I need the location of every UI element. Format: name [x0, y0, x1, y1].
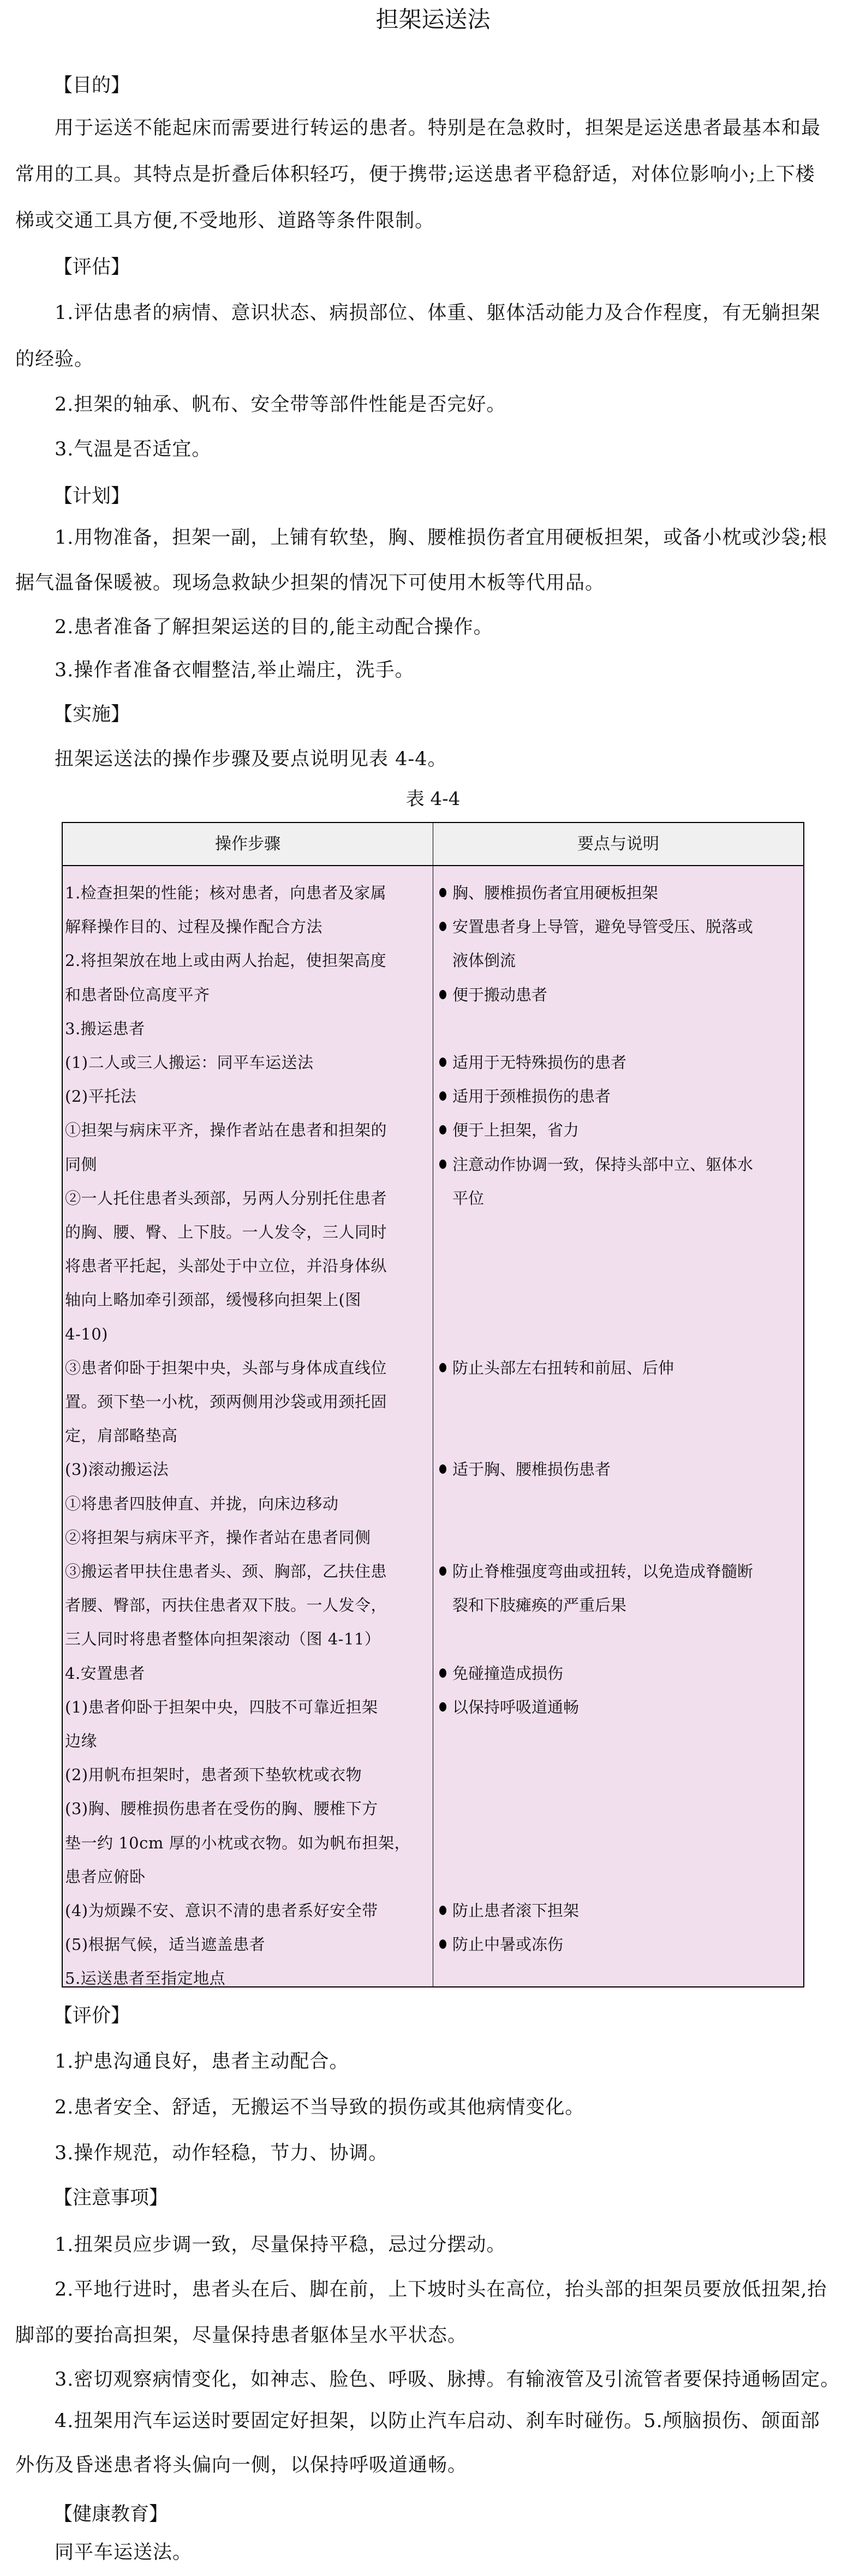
step-line: 1.检查担架的性能；核对患者，向患者及家属	[65, 876, 386, 910]
point-line: 防止脊椎强度弯曲或扭转，以免造成脊髓断	[452, 1554, 753, 1588]
plan-item-3: 3.操作者准备衣帽整洁,举止端庄，洗手。	[15, 647, 850, 693]
point-line: 便于上担架，省力	[452, 1113, 579, 1147]
step-line: (2)用帆布担架时，患者颈下垫软枕或衣物	[65, 1758, 362, 1792]
bullet-icon	[439, 888, 446, 897]
bullet-icon	[439, 1058, 446, 1067]
point-line: 注意动作协调一致，保持头部中立、躯体水	[452, 1148, 753, 1181]
step-line: 5.运送患者至指定地点	[65, 1961, 225, 1995]
section-heading-health-education: 【健康教育】	[53, 2498, 168, 2531]
step-line: (2)平托法	[65, 1079, 136, 1113]
notes-item-2-line-1: 2.平地行进时，患者头在后、脚在前，上下坡时头在高位，抬头部的担架员要放低扭架,…	[15, 2267, 850, 2313]
section-heading-implementation: 【实施】	[53, 698, 130, 731]
section-heading-evaluation: 【评价】	[53, 1999, 130, 2032]
section-heading-purpose: 【目的】	[53, 69, 130, 102]
evaluation-item-3: 3.操作规范，动作轻稳，节力、协调。	[15, 2130, 850, 2176]
step-line: ③搬运者甲扶住患者头、颈、胸部，乙扶住患	[65, 1554, 387, 1588]
step-line: 三人同时将患者整体向担架滚动（图 4-11）	[65, 1622, 380, 1656]
plan-item-1-line-2: 据气温备保暖被。现场急救缺少担架的情况下可使用木板等代用品。	[15, 560, 850, 606]
bullet-icon	[439, 1668, 446, 1678]
point-line: 便于搬动患者	[452, 978, 547, 1012]
evaluation-item-2: 2.患者安全、舒适，无搬运不当导致的损伤或其他病情变化。	[15, 2085, 850, 2130]
bullet-icon	[439, 1906, 446, 1915]
section-heading-notes: 【注意事项】	[53, 2182, 168, 2214]
step-line: 和患者卧位高度平齐	[65, 978, 210, 1012]
bullet-icon	[439, 1566, 446, 1576]
point-line: 胸、腰椎损伤者宜用硬板担架	[452, 876, 658, 910]
point-line: 防止头部左右扭转和前屈、后伸	[452, 1351, 674, 1385]
step-line: (1)二人或三人搬运：同平车运送法	[65, 1046, 314, 1079]
step-line: 将患者平托起，头部处于中立位，并沿身体纵	[65, 1249, 387, 1283]
step-line: 边缘	[65, 1724, 97, 1758]
step-line: 轴向上略加牵引颈部，缓慢移向担架上(图	[65, 1283, 361, 1317]
point-line: 适用于颈椎损伤的患者	[452, 1079, 611, 1113]
point-line: 裂和下肢瘫痪的严重后果	[452, 1588, 626, 1622]
step-line: (4)为烦躁不安、意识不清的患者系好安全带	[65, 1894, 378, 1928]
step-line: 患者应俯卧	[65, 1860, 146, 1894]
purpose-line-1: 用于运送不能起床而需要进行转运的患者。特别是在急救时，担架是运送患者最基本和最	[15, 105, 850, 151]
point-line: 安置患者身上导管，避免导管受压、脱落或	[452, 910, 753, 944]
step-line: 置。颈下垫一小枕，颈两侧用沙袋或用颈托固	[65, 1385, 387, 1419]
step-line: (3)胸、腰椎损伤患者在受伤的胸、腰椎下方	[65, 1792, 378, 1826]
assessment-item-2: 2.担架的轴承、帆布、安全带等部件性能是否完好。	[15, 382, 850, 428]
point-line: 防止患者滚下担架	[452, 1894, 579, 1928]
bullet-icon	[439, 1363, 446, 1372]
point-line: 液体倒流	[452, 944, 516, 977]
bullet-icon	[439, 1125, 446, 1134]
step-line: 的胸、腰、臀、上下肢。一人发令，三人同时	[65, 1215, 387, 1249]
step-line: ③患者仰卧于担架中央，头部与身体成直线位	[65, 1351, 387, 1385]
step-line: 定，肩部略垫高	[65, 1419, 178, 1452]
step-line: 2.将担架放在地上或由两人抬起，使担架高度	[65, 944, 386, 977]
purpose-line-2: 常用的工具。其特点是折叠后体积轻巧，便于携带;运送患者平稳舒适，对体位影响小;上…	[15, 152, 850, 197]
notes-item-2-line-2: 脚部的要抬高担架，尽量保持患者躯体呈水平状态。	[15, 2313, 850, 2358]
step-line: 4-10)	[65, 1317, 108, 1351]
bullet-icon	[439, 1091, 446, 1101]
step-line: ①担架与病床平齐，操作者站在患者和担架的	[65, 1113, 387, 1147]
health-education-text: 同平车运送法。	[15, 2530, 850, 2575]
purpose-line-3: 梯或交通工具方便,不受地形、道路等条件限制。	[15, 198, 850, 244]
notes-item-4-line-1: 4.扭架用汽车运送时要固定好担架，以防止汽车启动、刹车时碰伤。5.颅脑损伤、颌面…	[15, 2398, 850, 2444]
step-line: (5)根据气候，适当遮盖患者	[65, 1928, 265, 1961]
notes-item-4-line-2: 外伤及昏迷患者将头偏向一侧，以保持呼吸道通畅。	[15, 2442, 850, 2488]
bullet-icon	[439, 1939, 446, 1949]
step-line: ①将患者四肢伸直、并拢，向床边移动	[65, 1487, 339, 1521]
step-line: ②将担架与病床平齐，操作者站在患者同侧	[65, 1521, 371, 1554]
assessment-item-1-line-2: 的经验。	[15, 337, 850, 382]
bullet-icon	[439, 1702, 446, 1712]
plan-item-2: 2.患者准备了解担架运送的目的,能主动配合操作。	[15, 604, 850, 650]
step-line: 4.安置患者	[65, 1656, 145, 1690]
column-divider	[433, 823, 433, 1986]
bullet-icon	[439, 990, 446, 999]
assessment-item-1-line-1: 1.评估患者的病情、意识状态、病损部位、体重、躯体活动能力及合作程度，有无躺担架	[15, 290, 850, 336]
point-line: 免碰撞造成损伤	[452, 1656, 563, 1690]
bullet-icon	[439, 1160, 446, 1169]
implementation-intro: 扭架运送法的操作步骤及要点说明见表 4-4。	[15, 736, 850, 782]
point-line: 防止中暑或冻伤	[452, 1928, 563, 1961]
notes-item-1: 1.扭架员应步调一致，尽量保持平稳，忌过分摆动。	[15, 2222, 850, 2268]
step-line: 垫一约 10cm 厚的小枕或衣物。如为帆布担架，	[65, 1826, 410, 1860]
step-line: (1)患者仰卧于担架中央，四肢不可靠近担架	[65, 1690, 378, 1724]
step-line: ②一人托住患者头颈部，另两人分别托住患者	[65, 1181, 387, 1215]
step-line: 同侧	[65, 1148, 97, 1181]
step-line: 3.搬运患者	[65, 1012, 145, 1046]
step-line: 者腰、臀部，丙扶住患者双下肢。一人发令，	[65, 1588, 387, 1622]
page-title: 担架运送法	[0, 4, 866, 35]
step-line: 解释操作目的、过程及操作配合方法	[65, 910, 322, 944]
bullet-icon	[439, 922, 446, 931]
point-line: 以保持呼吸道通畅	[452, 1690, 579, 1724]
table-header-steps: 操作步骤	[63, 823, 433, 865]
plan-item-1-line-1: 1.用物准备，担架一副，上铺有软垫，胸、腰椎损伤者宜用硬板担架，或备小枕或沙袋;…	[15, 515, 850, 561]
section-heading-assessment: 【评估】	[53, 251, 130, 284]
point-line: 平位	[452, 1181, 484, 1215]
point-line: 适用于无特殊损伤的患者	[452, 1046, 626, 1079]
assessment-item-3: 3.气温是否适宜。	[15, 427, 850, 472]
evaluation-item-1: 1.护患沟通良好，患者主动配合。	[15, 2039, 850, 2085]
notes-item-3: 3.密切观察病情变化，如神志、脸色、呼吸、脉搏。有输液管及引流管者要保持通畅固定…	[15, 2357, 850, 2403]
procedure-table: 操作步骤 要点与说明 1.检查担架的性能；核对患者，向患者及家属解释操作目的、过…	[62, 822, 804, 1987]
step-line: (3)滚动搬运法	[65, 1452, 169, 1486]
table-caption: 表 4-4	[0, 785, 866, 813]
bullet-icon	[439, 1464, 446, 1474]
table-header-points: 要点与说明	[433, 823, 803, 865]
section-heading-plan: 【计划】	[53, 480, 130, 513]
point-line: 适于胸、腰椎损伤患者	[452, 1452, 611, 1486]
